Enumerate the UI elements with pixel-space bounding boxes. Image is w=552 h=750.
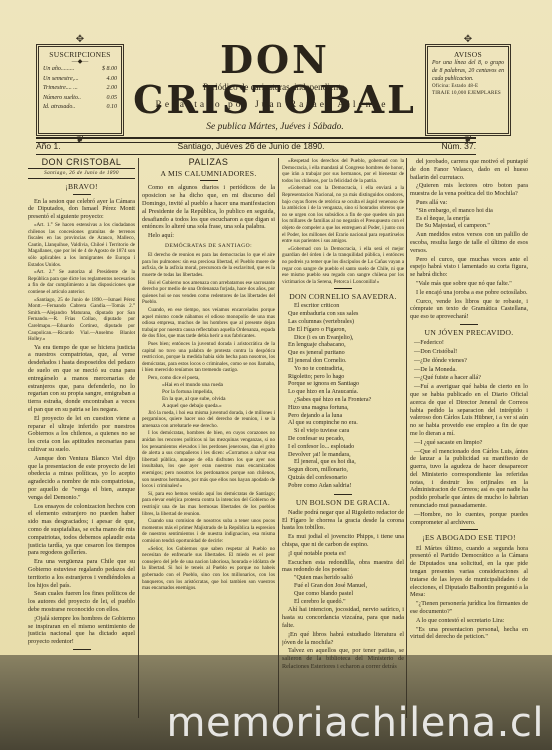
paragraph: Cuando una comision de nosotros suba a t…	[142, 518, 275, 544]
verse-line: Dice (i es un Evanjelio),	[288, 335, 404, 343]
dialogue-line: —Don Cristóbal!	[410, 348, 528, 356]
dialogue-line: —Fuí a averiguar qué habia de cierto en …	[410, 383, 528, 438]
price-value: 4.00	[107, 75, 118, 85]
verse-line: En la que, al que sube, olvida	[162, 396, 275, 403]
column-2: PALIZAS A MIS CALUMNIADORES. Como en alg…	[142, 158, 275, 718]
verse-line: Segun dicen, millonario,	[288, 467, 404, 475]
paragraph: En la sesion que celebró ayer la Cámara …	[28, 198, 135, 221]
article-title-precavido: UN JÓVEN PRECAVIDO.	[410, 329, 528, 336]
paragraph: Hoi el Gobierno nos amenaza con arrebata…	[142, 280, 275, 306]
verse-line: De El Fígaro o Figaron,	[288, 327, 404, 335]
verse-line: De Su Majestad, el campeon."	[416, 223, 528, 231]
verse-line: Pero dejando a la luna	[288, 413, 404, 421]
divider	[334, 288, 352, 289]
dialogue: —Federico! —Don Cristóbal! —¿De dónde vi…	[410, 339, 528, 526]
ornament-icon: ✥	[76, 34, 84, 45]
price-row: Id. atrasado..0.10	[43, 103, 117, 113]
verse-line: Es el ñeque, la enerjía	[416, 216, 528, 224]
verse-line: Hizo una magna fortuna,	[288, 405, 404, 413]
paragraph: Pues bien; entónces la juventud dorada i…	[142, 341, 275, 374]
paragraph: El derecho de reunion es para las democr…	[142, 252, 275, 278]
dialogue-line: —¿Qué fuiste a hacer allá?	[410, 374, 528, 382]
avisos-box: ✥ AVISOS Por una línea del 8, o grupo de…	[425, 44, 511, 136]
paragraph: «Art. 1.° Se hacen estensivas a los ciud…	[28, 222, 135, 268]
article-subtitle: A MIS CALUMNIADORES.	[142, 170, 275, 177]
paragraph: Curco, vende los libros que te robaste, …	[410, 298, 528, 321]
paragraph: I le encajó una joroba a ese pobre octos…	[410, 289, 528, 297]
price-row: Un año.........$ 8.00	[43, 65, 117, 75]
divider	[200, 180, 218, 181]
ornament-icon: ✥	[464, 34, 472, 45]
paragraph: Aun medidos estos versos con un palillo …	[410, 231, 528, 254]
paragraph: Cuando, en ese tiempo, nos veíamos encar…	[142, 307, 275, 340]
paragraph: I los demócratas, hombres de bien, en cu…	[142, 430, 275, 489]
paragraph: «Respetad los derechos del Pueblo, gober…	[282, 158, 404, 184]
price-label: Id. atrasado..	[43, 103, 75, 113]
price-row: Trimestre.... ...2.00	[43, 84, 117, 94]
verse-line: Lo que hizo en la Araucanía.	[288, 389, 404, 397]
paragraph: «Santiago, 25 de Junio de 1890.—Ismael P…	[28, 297, 135, 343]
verse-line: En lenguaje chabacano,	[288, 342, 404, 350]
paragraph: Sí, para eso hemos venido aquí los demóc…	[142, 491, 275, 517]
paragraph: «Señor, los Gobiernos que saben respetar…	[142, 546, 275, 592]
watermark: memoriachilena.cl	[167, 700, 544, 746]
price-label: Número suelto..	[43, 94, 81, 104]
column-rule	[138, 158, 139, 718]
price-row: Un semestre,...4.00	[43, 75, 117, 85]
article-title-palizas: PALIZAS	[142, 159, 275, 166]
paragraph: El Mártes último, cuando a segunda hora …	[410, 545, 528, 600]
paragraph: "Es una presentacion personal, hecha en …	[410, 626, 528, 642]
verse-line: A aquel que debajo queda.»	[162, 403, 275, 410]
paragraph: A lo que contestó el secretario Lira:	[410, 617, 528, 625]
publication-schedule: Se publica Mártes, Juéves i Sábado.	[130, 122, 420, 132]
price-label: Trimestre.... ...	[43, 84, 78, 94]
dateline: Año 1. Santiago, Juéves 26 de Junio de 1…	[36, 141, 476, 153]
verse-line: Por la fortuna impelida,	[162, 389, 275, 396]
paragraph: "Vale más que sobre que nó que falte."	[410, 280, 528, 288]
paragraph: Es mui jodial el jovencito Phipps, i tie…	[282, 533, 404, 549]
verse-line: Si el viejo tuviese cara	[288, 428, 404, 436]
price-value: 2.00	[107, 84, 118, 94]
subscriptions-box: ✥ SUSCRIPCIONES —◆— Un año.........$ 8.0…	[36, 44, 124, 136]
verse-line: Rigoletto; pero lo hago	[288, 374, 404, 382]
newspaper-subtitle: Periódico de caricaturas, independiente.	[130, 82, 420, 92]
masthead: ✥ SUSCRIPCIONES —◆— Un año.........$ 8.0…	[0, 0, 552, 150]
verse-line: Que es jeneral puritano	[288, 350, 404, 358]
verse-line: Devolver ¡ai! le mandara,	[288, 452, 404, 460]
paragraph: ¡I qué notable poeta es!	[282, 550, 404, 558]
column-rule	[278, 158, 279, 718]
avisos-office: Oficina: Estado 48-E	[432, 83, 504, 90]
price-value: $ 8.00	[102, 65, 117, 75]
paragraph: Ahí hai intencion, jocosidad, nervio sat…	[282, 606, 404, 629]
divider	[36, 154, 476, 155]
speech-title: DEMÓCRATAS DE SANTIAGO:	[142, 243, 275, 250]
divider	[460, 324, 478, 325]
verse-line: Que como blando pastel	[294, 591, 404, 599]
column-3: «Respetad los derechos del Pueblo, gober…	[282, 158, 404, 718]
article-title-bravo: ¡BRAVO!	[28, 183, 135, 190]
divider	[73, 649, 91, 650]
paragraph: Los ensayos de colonizacion hechos con e…	[28, 503, 135, 558]
verse-line: "Quien mas herido salió	[294, 575, 404, 583]
column-1: DON CRISTOBAL Santiago, 26 de Junio de 1…	[28, 158, 135, 718]
divider	[460, 529, 478, 530]
paragraph: ¡En qué libros habrá estudiado literatur…	[282, 631, 404, 647]
paragraph: Sean cuales fueren los fines políticos d…	[28, 590, 135, 613]
paragraph: Nadie podrá negar que al Rigoletto redac…	[282, 509, 404, 532]
divider	[73, 194, 91, 195]
paragraph: Helo aquí:	[142, 232, 275, 240]
paragraph: El proyecto de lei en cuestion viene a r…	[28, 415, 135, 454]
editor-line: Redactado por Juan Rafael Allende	[112, 100, 432, 110]
verse: «Hai en el mundo una rueda Por la fortun…	[142, 382, 275, 409]
paragraph: Ya era tiempo de que se hiciera justicia…	[28, 344, 135, 414]
paragraph: Pero el curco, que muchas veces ante el …	[410, 256, 528, 279]
avisos-text: Por una línea del 8, o grupo de 8 palabr…	[432, 59, 504, 83]
paragraph: Jiró la rueda, i hoi esa misma juventud …	[142, 410, 275, 430]
paragraph: "¿Tienen personería jurídica los firmant…	[410, 600, 528, 616]
paragraph: Pero, como dice el poeta,	[142, 375, 275, 382]
paragraph: Pues allá va:	[410, 199, 528, 207]
verse-line: El jeneral, que es hoi dia,	[288, 459, 404, 467]
verse-line: Pobre como Adan saldria!	[288, 483, 404, 491]
dialogue-line: —I ¿qué sacaste en limpio?	[410, 439, 528, 447]
avisos-print-run: TIRAJE 10,000 EJEMPLARES	[432, 90, 504, 97]
dialogue-line: —De la Moneda.	[410, 366, 528, 374]
verse-line: Que embaduria con sus sales	[288, 311, 404, 319]
verse-line: El cerebro le quedó."	[294, 599, 404, 607]
paragraph: del jorobado, carrera que motivó el punt…	[410, 158, 528, 181]
verse-line: Las columnas (vertebrales)	[288, 319, 404, 327]
article-title-bolson: UN BOLSON DE GRACIA.	[282, 499, 404, 506]
article-title-abogado: ¡ES ABOGADO ESE TIPO!	[410, 534, 528, 541]
verse-line: De confesar su pecado,	[288, 436, 404, 444]
divider	[334, 494, 352, 495]
issue-number: Núm. 37.	[442, 141, 477, 153]
dialogue-line: —Que el mencionado don Cárlos Luis, ánte…	[410, 448, 528, 510]
price-row: Número suelto..0.05	[43, 94, 117, 104]
verse-line: ¿Sabes qué hizo en la Frontera?	[288, 397, 404, 405]
verse-line: Porque se ignora en Santiago	[288, 381, 404, 389]
subscriptions-heading: SUSCRIPCIONES	[43, 50, 117, 59]
paragraph: ¿Quieren mis lectores otro boton para mu…	[410, 182, 528, 198]
section-date: Santiago, 26 de Junio de 1890	[28, 168, 135, 179]
verse-line: Fué el Gran don José Manuel,	[294, 583, 404, 591]
issue-date: Santiago, Juéves 26 de Junio de 1890.	[61, 141, 442, 153]
verse-line: "Sin embargo, el manco hoi dia	[416, 208, 528, 216]
year-label: Año 1.	[36, 141, 61, 153]
verse-line: El jeneral don Cornelio.	[288, 358, 404, 366]
paragraph: Aunque don Ventura Blanco Viel dijo que …	[28, 455, 135, 502]
avisos-heading: AVISOS	[432, 50, 504, 59]
paragraph: Como en algunos diarios i periódicos de …	[142, 184, 275, 231]
dialogue-line: —Hombre, no lo cuentes, porque puedes co…	[410, 511, 528, 527]
poem: El escritor criticon Que embaduria con s…	[282, 303, 404, 490]
paragraph: «Art. 2.° Se autoriza al Presidente de l…	[28, 269, 135, 295]
verse-line: Yo no te contradiria,	[288, 366, 404, 374]
paragraph: «Gobernad con la Democracia, i ella envi…	[282, 185, 404, 244]
paragraph: ¡Ojalá siempre los hombres de Gobierno s…	[28, 615, 135, 646]
column-4: del jorobado, carrera que motivó el punt…	[410, 158, 528, 718]
dialogue-line: —¿De dónde vienes?	[410, 357, 528, 365]
verse-line: Al que su compinche no era.	[288, 420, 404, 428]
paragraph: Era una vergüenza para Chile que su Gobi…	[28, 558, 135, 589]
verse-line: El escritor criticon	[288, 303, 404, 311]
verse: "Quien mas herido salió Fué el Gran don …	[282, 575, 404, 606]
verse-line: I el confesor lo... esplotado	[288, 444, 404, 452]
article-title-cornelio: DON CORNELIO SAAVEDRA.	[282, 293, 404, 300]
section-header: DON CRISTOBAL	[28, 159, 135, 166]
newspaper-page: ✥ SUSCRIPCIONES —◆— Un año.........$ 8.0…	[0, 0, 552, 750]
verse-line: Quizás del confesonario	[288, 475, 404, 483]
price-label: Un año.........	[43, 65, 74, 75]
paragraph: «Gobernad con la Democracia, i ella será…	[282, 246, 404, 286]
paragraph: Escuchen esta redondilla, obra maestra d…	[282, 559, 404, 575]
dialogue-line: —Federico!	[410, 339, 528, 347]
column-rule	[406, 158, 407, 718]
verse: "Sin embargo, el manco hoi dia Es el ñeq…	[410, 208, 528, 231]
price-label: Un semestre,...	[43, 75, 79, 85]
